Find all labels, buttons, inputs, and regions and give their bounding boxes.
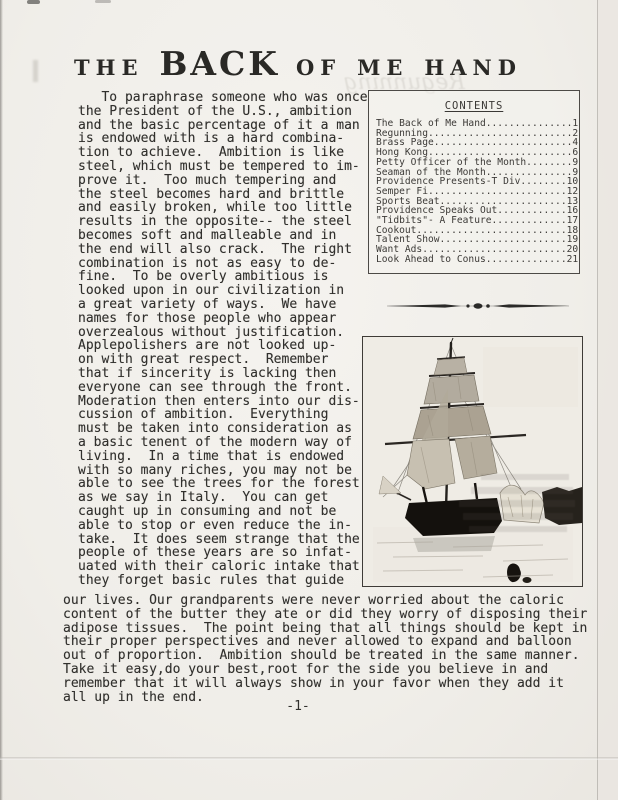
scan-smudge [27, 0, 40, 4]
title-word-the: THE [74, 55, 143, 80]
divider-ornament [387, 299, 569, 313]
title-word-of: OF [296, 55, 341, 80]
bleed-through-artifact [463, 513, 573, 520]
title-word-back: BACK [160, 44, 280, 83]
contents-entry: Look Ahead to Conus..............21 [376, 255, 577, 265]
page-number: -1- [0, 699, 596, 714]
scan-smudge [95, 0, 111, 3]
scanned-newsletter-page: THE BACK OF ME HAND Regunning CONTENTS T… [0, 0, 618, 800]
bleed-through-artifact [471, 487, 573, 494]
contents-header: CONTENTS [369, 100, 579, 112]
scan-left-edge-shadow [0, 0, 3, 800]
newsletter-title: THE BACK OF ME HAND [0, 44, 596, 83]
bleed-through-artifact [481, 474, 569, 480]
article-fullwidth-text: our lives. Our grandparents were never w… [63, 594, 587, 704]
bleed-through-artifact [459, 500, 575, 507]
scan-right-margin [598, 0, 618, 800]
article-column-text: To paraphrase someone who was once the P… [78, 91, 368, 588]
sailing-ship-illustration [363, 337, 582, 586]
contents-box: CONTENTS The Back of Me Hand............… [368, 90, 580, 274]
paper-crease-line [0, 757, 618, 760]
page-fold-line [597, 0, 598, 800]
contents-list: The Back of Me Hand...............1Regun… [369, 112, 579, 265]
sailing-ship-photo [362, 336, 583, 587]
bleed-through-artifact [469, 526, 567, 532]
